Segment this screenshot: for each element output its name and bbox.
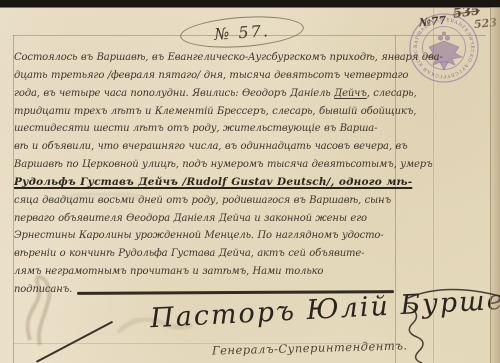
manuscript-line: лямъ неграмотнымъ прочитанъ и затѣмъ, На… xyxy=(14,263,395,281)
signature-title: Генералъ-Суперинтендентъ. xyxy=(212,338,408,357)
manuscript-line: Рудольфъ Густавъ Дейчъ /Rudolf Gustav De… xyxy=(14,174,395,192)
manuscript-line: тридцати трехъ лѣтъ и Клементій Брессеръ… xyxy=(14,103,395,121)
manuscript-page: № 57. 535 523 ВАРШАВСКАЯ ЕВАНГЕЛИЧЕСКО-А… xyxy=(0,0,500,363)
page-edge-shadow xyxy=(490,7,500,363)
scan-edge-band xyxy=(0,0,500,8)
manuscript-line: дцать третьяго /февраля пятаго/ дня, тыс… xyxy=(14,67,395,85)
manuscript-body: Состоялось въ Варшавѣ, въ Евангелическо-… xyxy=(14,49,395,299)
manuscript-line: сяца двадцати восьми дней отъ роду, роди… xyxy=(14,192,395,210)
manuscript-line: вѣреніи о кончинѣ Рудольфа Густава Дейча… xyxy=(14,245,395,263)
manuscript-line: Эрнестины Каролины урожденной Менцель. П… xyxy=(14,227,395,245)
manuscript-line: года, въ четыре часа пополудни. Явились:… xyxy=(14,85,395,103)
manuscript-line: перваго объявителя Ѳеодора Даніеля Дейча… xyxy=(14,210,395,228)
double-eagle-icon xyxy=(426,32,462,70)
pen-flourish-stroke xyxy=(36,321,113,363)
manuscript-line: вѣ и объявили, что вчерашняго числа, въ … xyxy=(14,138,395,156)
manuscript-line: шестидесяти шести лѣтъ отъ роду, жительс… xyxy=(14,120,395,138)
manuscript-line: Варшавѣ по Церковной улицѣ, подъ нумером… xyxy=(14,156,395,174)
record-number-oval: № 57. xyxy=(179,13,305,52)
manuscript-line: Состоялось въ Варшавѣ, въ Евангелическо-… xyxy=(14,49,395,67)
record-number: № 57. xyxy=(214,21,271,44)
